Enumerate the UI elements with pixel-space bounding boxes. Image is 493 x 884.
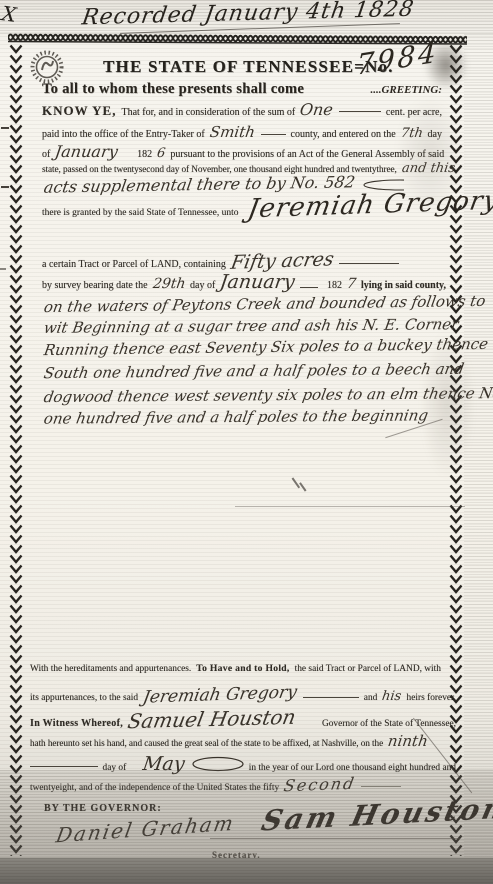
handwritten-grantee: Jeremiah Gregory [141, 682, 298, 708]
body-line-3: of January 182 6 pursuant to the provisi… [42, 142, 442, 161]
description-line: South one hundred five and a half poles … [43, 360, 466, 382]
paper-stain [420, 330, 475, 480]
handwritten-sum: One [299, 100, 335, 119]
handwritten-month: January [54, 142, 119, 161]
handwritten-day-word: ninth [387, 732, 429, 750]
printed-text: in the year of our Lord one thousand eig… [249, 763, 456, 773]
closing-line-6: twentyeight, and of the independence of … [30, 775, 456, 794]
handwritten-survey-month: January [219, 271, 297, 293]
chevron-border-left [8, 44, 24, 856]
secretary-title: Secretary. [212, 850, 261, 860]
printed-text: a certain Tract or Parcel of LAND, conta… [42, 259, 226, 270]
printed-text: of [42, 149, 50, 160]
handwritten-survey-year: 7 [346, 276, 357, 292]
closing-line-5: day of May in the year of our Lord one t… [30, 753, 456, 775]
handwritten-year-digit: 6 [156, 146, 166, 161]
printed-text: 182 [137, 149, 152, 160]
handwritten-county: Smith [208, 123, 256, 141]
printed-text: its appurtenances, to the said [30, 693, 138, 703]
handwritten-month-word: May [142, 753, 187, 775]
printed-text: paid into the office of the Entry-Taker … [42, 129, 205, 140]
recorded-note: Recorded January 4th 1828 [80, 0, 416, 30]
margin-tick [1, 127, 9, 129]
description-line: one hundred five and a half poles to the… [42, 406, 429, 427]
know-ye-text: KNOW YE, [42, 103, 116, 119]
printed-text: the said Tract or Parcel of LAND, with [295, 664, 441, 674]
signature-underline [210, 838, 460, 839]
description-line: on the waters of Peytons Creek and bound… [43, 292, 487, 316]
printed-text: Governor of the State of Tennessee, [322, 719, 456, 729]
scan-line-artifact [235, 506, 465, 507]
handwritten-his: his [381, 689, 402, 704]
handwritten-second: Second [282, 774, 357, 796]
paper-stain [395, 95, 465, 215]
handwritten-acreage: Fifty acres [229, 248, 336, 274]
description-line: wit Beginning at a sugar tree and ash hi… [42, 315, 459, 337]
scan-streaks-bottom [0, 858, 493, 884]
scan-band-bottom [0, 858, 493, 884]
secretary-signature: Daniel Graham [54, 811, 237, 848]
body-line-2: paid into the office of the Entry-Taker … [42, 123, 442, 141]
closing-line-4: hath hereunto set his hand, and caused t… [30, 732, 460, 750]
margin-tick [1, 186, 9, 188]
printed-text: To Have and to Hold, [196, 663, 289, 674]
printed-text: That for, and in consideration of the su… [121, 107, 295, 118]
salutation-text: To all to whom these presents shall come [42, 81, 304, 98]
printed-text: 182 [327, 280, 342, 291]
grant-clause: there is granted by the said State of Te… [42, 208, 239, 218]
pen-stroke [299, 482, 306, 491]
printed-text: heirs forever. [407, 693, 456, 703]
printed-text: day of [190, 280, 215, 291]
closing-line-3: In Witness Whereof, Samuel Houston Gover… [30, 707, 456, 731]
corner-mark: X [0, 1, 17, 27]
governor-name-handwritten: Samuel Houston [126, 705, 298, 734]
printed-text: In Witness Whereof, [30, 718, 123, 729]
printed-text: twentyeight, and of the independence of … [30, 783, 279, 793]
survey-line: by survey bearing date the 29th day of J… [42, 271, 446, 293]
state-seal-icon [30, 50, 64, 84]
handwritten-survey-day: 29th [151, 276, 186, 292]
printed-text: lying in said county, [361, 280, 446, 291]
scanned-land-grant-document: X Recorded January 4th 1828 [0, 0, 493, 884]
document-title: THE STATE OF TENNESSEE=No. [103, 57, 394, 77]
flourish-oval [190, 756, 244, 772]
margin-tick [0, 268, 6, 270]
printed-text: With the hereditaments and appurtenances… [30, 664, 191, 674]
salutation-line: To all to whom these presents shall come… [42, 81, 442, 98]
printed-text: county, and entered on the [291, 129, 396, 140]
printed-text: day of [103, 763, 127, 773]
closing-line-1: With the hereditaments and appurtenances… [30, 663, 456, 674]
printed-text: and [364, 693, 378, 703]
printed-text: by survey bearing date the [42, 280, 148, 291]
printed-text: hath hereunto set his hand, and caused t… [30, 739, 383, 749]
tract-line: a certain Tract or Parcel of LAND, conta… [42, 250, 442, 272]
closing-line-2: its appurtenances, to the said Jeremiah … [30, 685, 456, 705]
by-the-governor-label: BY THE GOVERNOR: [44, 803, 162, 814]
body-line-1: KNOW YE, That for, and in consideration … [42, 100, 442, 119]
